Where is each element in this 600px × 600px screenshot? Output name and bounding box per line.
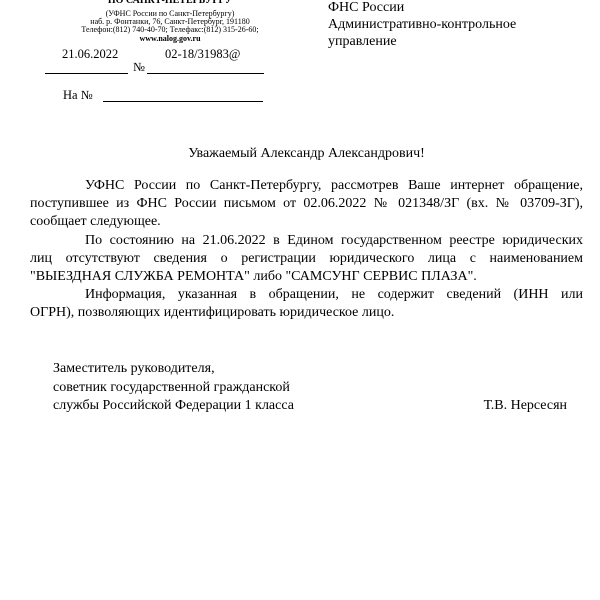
salutation: Уважаемый Александр Александрович! xyxy=(30,146,583,162)
body-line: сообщает следующее. xyxy=(30,213,583,231)
letter-body: УФНС России по Санкт-Петербургу, рассмот… xyxy=(30,177,583,323)
signer-name: Т.В. Нерсесян xyxy=(484,397,567,416)
letterhead-website: www.nalog.gov.ru xyxy=(20,35,320,43)
body-line: УФНС России по Санкт-Петербургу, рассмот… xyxy=(30,177,583,195)
reply-to-label: На № xyxy=(63,88,93,103)
reply-to-underline xyxy=(103,101,263,102)
number-sign: № xyxy=(133,60,145,75)
body-line: лиц отсутствуют сведения о регистрации ю… xyxy=(30,250,583,268)
signature-block: Заместитель руководителя, советник госуд… xyxy=(53,360,567,416)
signer-position-line-1: Заместитель руководителя, xyxy=(53,360,567,379)
body-line: "ВЫЕЗДНАЯ СЛУЖБА РЕМОНТА" либо "САМСУНГ … xyxy=(30,268,583,286)
date-underline xyxy=(45,73,128,74)
signer-position-line-2: советник государственной гражданской xyxy=(53,379,567,398)
signer-position-line-3: службы Российской Федерации 1 класса xyxy=(53,397,294,416)
addressee-line-1: ФНС России xyxy=(328,0,578,16)
body-line: ОГРН), позволяющих идентифицировать юрид… xyxy=(30,304,583,322)
body-line: Информация, указанная в обращении, не со… xyxy=(30,286,583,304)
addressee-block: ФНС России Административно-контрольное у… xyxy=(328,0,578,50)
letter-document: ПО САНКТ-ПЕТЕРБУРГУ (УФНС России по Санк… xyxy=(0,0,600,600)
letterhead-org-name: ПО САНКТ-ПЕТЕРБУРГУ xyxy=(20,0,320,6)
body-line: По состоянию на 21.06.2022 в Едином госу… xyxy=(30,232,583,250)
letter-date: 21.06.2022 xyxy=(62,47,118,62)
addressee-line-2: Административно-контрольное xyxy=(328,16,578,33)
body-line: поступившее из ФНС России письмом от 02.… xyxy=(30,195,583,213)
outgoing-number: 02-18/31983@ xyxy=(165,47,240,62)
addressee-line-3: управление xyxy=(328,33,578,50)
letterhead-details: (УФНС России по Санкт-Петербургу) наб. р… xyxy=(20,10,320,43)
letterhead: ПО САНКТ-ПЕТЕРБУРГУ (УФНС России по Санк… xyxy=(20,0,320,43)
number-underline xyxy=(147,73,264,74)
